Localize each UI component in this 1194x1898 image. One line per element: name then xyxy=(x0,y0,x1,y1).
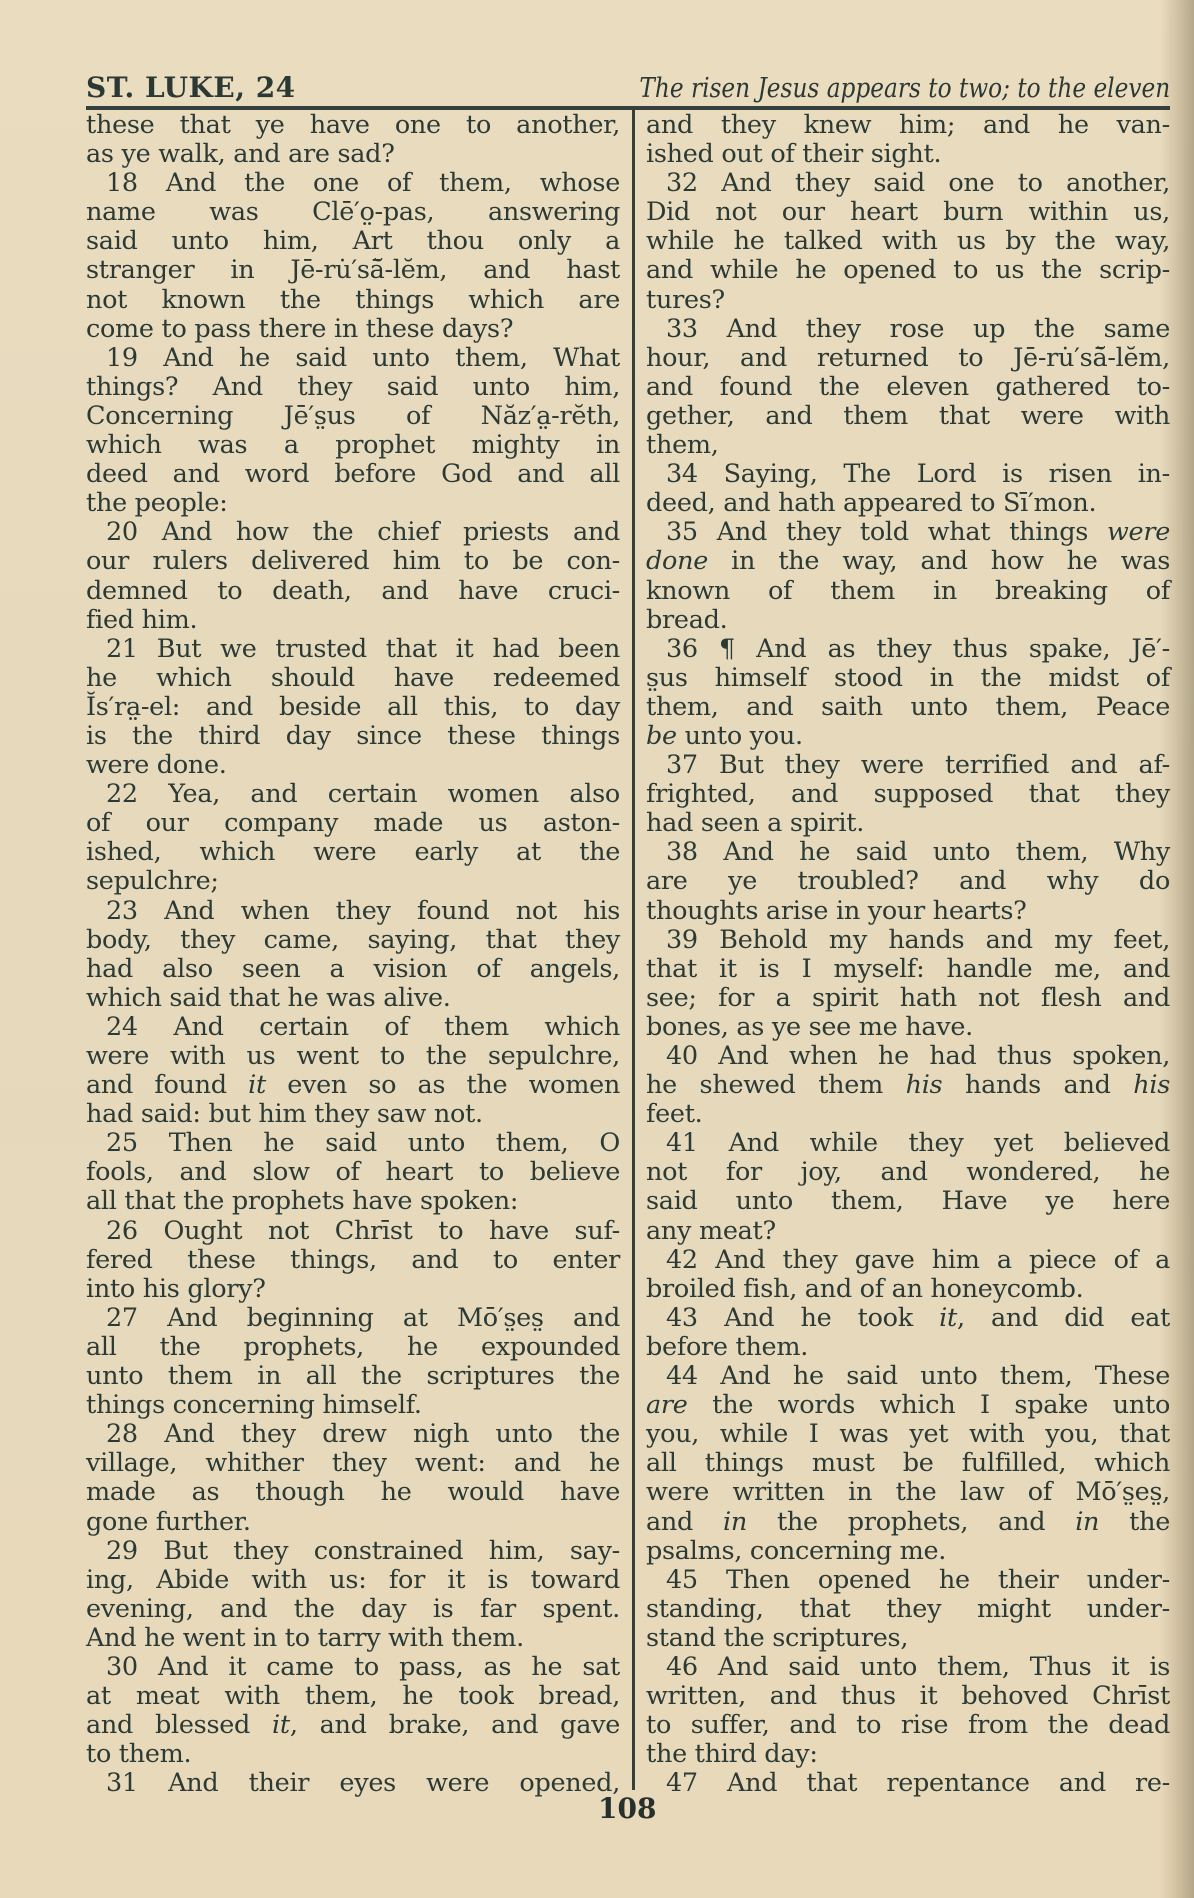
italic-supplied-word: it xyxy=(272,1710,290,1740)
verse-line: all that the prophets have spoken: xyxy=(86,1187,620,1216)
verse-line-start: 32 And they said one to another, xyxy=(646,169,1170,198)
verse-line: things concerning himself. xyxy=(86,1391,620,1420)
verse-line: Ĭs′ra̤-el: and beside all this, to day xyxy=(86,693,620,722)
verse-line: into his glory? xyxy=(86,1275,620,1304)
verse-line-start: 29 But they constrained him, say- xyxy=(86,1537,620,1566)
verse-line: he which should have redeemed xyxy=(86,664,620,693)
verse-line: that it is I myself: handle me, and xyxy=(646,955,1170,984)
left-text-column: these that ye have one to another,as ye … xyxy=(86,111,620,1798)
verse-line: things? And they said unto him, xyxy=(86,373,620,402)
verse-line: And he went in to tarry with them. xyxy=(86,1624,620,1653)
verse-line: thoughts arise in your hearts? xyxy=(646,897,1170,926)
column-divider xyxy=(632,108,635,1790)
verse-line: written, and thus it behoved Chrīst xyxy=(646,1682,1170,1711)
verse-line: not for joy, and wondered, he xyxy=(646,1158,1170,1187)
verse-line-start: 46 And said unto them, Thus it is xyxy=(646,1653,1170,1682)
verse-line-start: 38 And he said unto them, Why xyxy=(646,838,1170,867)
verse-line: and while he opened to us the scrip- xyxy=(646,256,1170,285)
verse-line: see; for a spirit hath not flesh and xyxy=(646,984,1170,1013)
verse-line: all things must be fulfilled, which xyxy=(646,1449,1170,1478)
verse-line: ished out of their sight. xyxy=(646,140,1170,169)
verse-line: them, xyxy=(646,431,1170,460)
verse-line-start: 26 Ought not Chrīst to have suf- xyxy=(86,1217,620,1246)
verse-line: s̤us himself stood in the midst of xyxy=(646,664,1170,693)
italic-supplied-word: in xyxy=(723,1507,747,1537)
page-summary-heading: The risen Jesus appears to two; to the e… xyxy=(639,73,1170,104)
italic-supplied-word: it xyxy=(248,1070,266,1100)
verse-line: were with us went to the sepulchre, xyxy=(86,1042,620,1071)
verse-line: gone further. xyxy=(86,1508,620,1537)
verse-line: to suffer, and to rise from the dead xyxy=(646,1711,1170,1740)
italic-supplied-word: his xyxy=(906,1070,943,1100)
verse-line: were written in the law of Mō′s̤es̤, xyxy=(646,1478,1170,1507)
verse-line-start: 31 And their eyes were opened, xyxy=(86,1769,620,1798)
verse-line-start: 33 And they rose up the same xyxy=(646,315,1170,344)
verse-line: and blessed it, and brake, and gave xyxy=(86,1711,620,1740)
verse-line-start: 45 Then opened he their under- xyxy=(646,1566,1170,1595)
verse-line: them, and saith unto them, Peace xyxy=(646,693,1170,722)
verse-line: and they knew him; and he van- xyxy=(646,111,1170,140)
verse-line-start: 27 And beginning at Mō′s̤es̤ and xyxy=(86,1304,620,1333)
verse-line: fied him. xyxy=(86,606,620,635)
verse-line-start: 23 And when they found not his xyxy=(86,897,620,926)
verse-line-start: 47 And that repentance and re- xyxy=(646,1769,1170,1798)
verse-line: name was Clē′o̤-pas, answering xyxy=(86,198,620,227)
verse-line: and in the prophets, and in the xyxy=(646,1508,1170,1537)
verse-line: body, they came, saying, that they xyxy=(86,926,620,955)
bible-page: ST. LUKE, 24 The risen Jesus appears to … xyxy=(0,0,1194,1898)
verse-line-start: 37 But they were terrified and af- xyxy=(646,751,1170,780)
verse-line: had seen a spirit. xyxy=(646,809,1170,838)
verse-line: made as though he would have xyxy=(86,1478,620,1507)
running-header: ST. LUKE, 24 The risen Jesus appears to … xyxy=(86,58,1170,104)
verse-line: to them. xyxy=(86,1740,620,1769)
book-chapter-heading: ST. LUKE, 24 xyxy=(86,71,296,104)
verse-line: deed and word before God and all xyxy=(86,460,620,489)
italic-supplied-word: be xyxy=(646,721,677,751)
verse-line-start: 34 Saying, The Lord is risen in- xyxy=(646,460,1170,489)
verse-line: be unto you. xyxy=(646,722,1170,751)
verse-line: Concerning Jē′s̤us of Năz′a̤-rĕth, xyxy=(86,402,620,431)
verse-line-start: 40 And when he had thus spoken, xyxy=(646,1042,1170,1071)
verse-line: and found it even so as the women xyxy=(86,1071,620,1100)
verse-line: come to pass there in these days? xyxy=(86,315,620,344)
verse-line: said unto him, Art thou only a xyxy=(86,227,620,256)
verse-line: bones, as ye see me have. xyxy=(646,1013,1170,1042)
italic-supplied-word: in xyxy=(1075,1507,1099,1537)
italic-supplied-word: it xyxy=(939,1303,957,1333)
verse-line: are ye troubled? and why do xyxy=(646,867,1170,896)
italic-supplied-word: are xyxy=(646,1390,688,1420)
verse-line-start: 44 And he said unto them, These xyxy=(646,1362,1170,1391)
verse-line-start: 20 And how the chief priests and xyxy=(86,518,620,547)
verse-line: are the words which I spake unto xyxy=(646,1391,1170,1420)
verse-line: stand the scriptures, xyxy=(646,1624,1170,1653)
verse-line: as ye walk, and are sad? xyxy=(86,140,620,169)
verse-line: demned to death, and have cruci- xyxy=(86,577,620,606)
verse-line: unto them in all the scriptures the xyxy=(86,1362,620,1391)
verse-line: sepulchre; xyxy=(86,867,620,896)
verse-line: the third day: xyxy=(646,1740,1170,1769)
page-number: 108 xyxy=(598,1792,656,1825)
verse-line: village, whither they went: and he xyxy=(86,1449,620,1478)
verse-line: which was a prophet mighty in xyxy=(86,431,620,460)
verse-line: ished, which were early at the xyxy=(86,838,620,867)
verse-line: all the prophets, he expounded xyxy=(86,1333,620,1362)
italic-supplied-word: done xyxy=(646,546,708,576)
verse-line: deed, and hath appeared to Sī′mon. xyxy=(646,489,1170,518)
verse-line-start: 43 And he took it, and did eat xyxy=(646,1304,1170,1333)
verse-line-start: 22 Yea, and certain women also xyxy=(86,780,620,809)
verse-line: evening, and the day is far spent. xyxy=(86,1595,620,1624)
verse-line: Did not our heart burn within us, xyxy=(646,198,1170,227)
verse-line-start: 28 And they drew nigh unto the xyxy=(86,1420,620,1449)
verse-line: stranger in Jē-ru̇′sā̆-lĕm, and hast xyxy=(86,256,620,285)
verse-line: which said that he was alive. xyxy=(86,984,620,1013)
verse-line-start: 24 And certain of them which xyxy=(86,1013,620,1042)
verse-line-start: 21 But we trusted that it had been xyxy=(86,635,620,664)
verse-line: hour, and returned to Jē-ru̇′sā̆-lĕm, xyxy=(646,344,1170,373)
verse-line: of our company made us aston- xyxy=(86,809,620,838)
verse-line: the people: xyxy=(86,489,620,518)
verse-line: standing, that they might under- xyxy=(646,1595,1170,1624)
verse-line: and found the eleven gathered to- xyxy=(646,373,1170,402)
italic-supplied-word: his xyxy=(1133,1070,1170,1100)
verse-line: at meat with them, he took bread, xyxy=(86,1682,620,1711)
verse-line: had said: but him they saw not. xyxy=(86,1100,620,1129)
verse-line: done in the way, and how he was xyxy=(646,547,1170,576)
verse-line: gether, and them that were with xyxy=(646,402,1170,431)
verse-line-start: 18 And the one of them, whose xyxy=(86,169,620,198)
verse-line: bread. xyxy=(646,606,1170,635)
right-text-column: and they knew him; and he van-ished out … xyxy=(646,111,1170,1798)
verse-line: fools, and slow of heart to believe xyxy=(86,1158,620,1187)
italic-supplied-word: were xyxy=(1107,517,1170,547)
verse-line-start: 39 Behold my hands and my feet, xyxy=(646,926,1170,955)
verse-line: these that ye have one to another, xyxy=(86,111,620,140)
verse-line: any meat? xyxy=(646,1217,1170,1246)
verse-line-start: 19 And he said unto them, What xyxy=(86,344,620,373)
verse-line: is the third day since these things xyxy=(86,722,620,751)
verse-line: tures? xyxy=(646,286,1170,315)
verse-line: while he talked with us by the way, xyxy=(646,227,1170,256)
verse-line: not known the things which are xyxy=(86,286,620,315)
verse-line: feet. xyxy=(646,1100,1170,1129)
verse-line-start: 42 And they gave him a piece of a xyxy=(646,1246,1170,1275)
verse-line-start: 41 And while they yet believed xyxy=(646,1129,1170,1158)
verse-line-start: 36 ¶ And as they thus spake, Jē′- xyxy=(646,635,1170,664)
verse-line-start: 25 Then he said unto them, O xyxy=(86,1129,620,1158)
verse-line: frighted, and supposed that they xyxy=(646,780,1170,809)
verse-line: psalms, concerning me. xyxy=(646,1537,1170,1566)
verse-line: known of them in breaking of xyxy=(646,577,1170,606)
verse-line-start: 30 And it came to pass, as he sat xyxy=(86,1653,620,1682)
verse-line: fered these things, and to enter xyxy=(86,1246,620,1275)
verse-line: our rulers delivered him to be con- xyxy=(86,547,620,576)
verse-line: ing, Abide with us: for it is toward xyxy=(86,1566,620,1595)
verse-line: broiled fish, and of an honeycomb. xyxy=(646,1275,1170,1304)
verse-line-start: 35 And they told what things were xyxy=(646,518,1170,547)
verse-line: you, while I was yet with you, that xyxy=(646,1420,1170,1449)
verse-line: before them. xyxy=(646,1333,1170,1362)
verse-line: had also seen a vision of angels, xyxy=(86,955,620,984)
verse-line: were done. xyxy=(86,751,620,780)
verse-line: said unto them, Have ye here xyxy=(646,1187,1170,1216)
verse-line: he shewed them his hands and his xyxy=(646,1071,1170,1100)
